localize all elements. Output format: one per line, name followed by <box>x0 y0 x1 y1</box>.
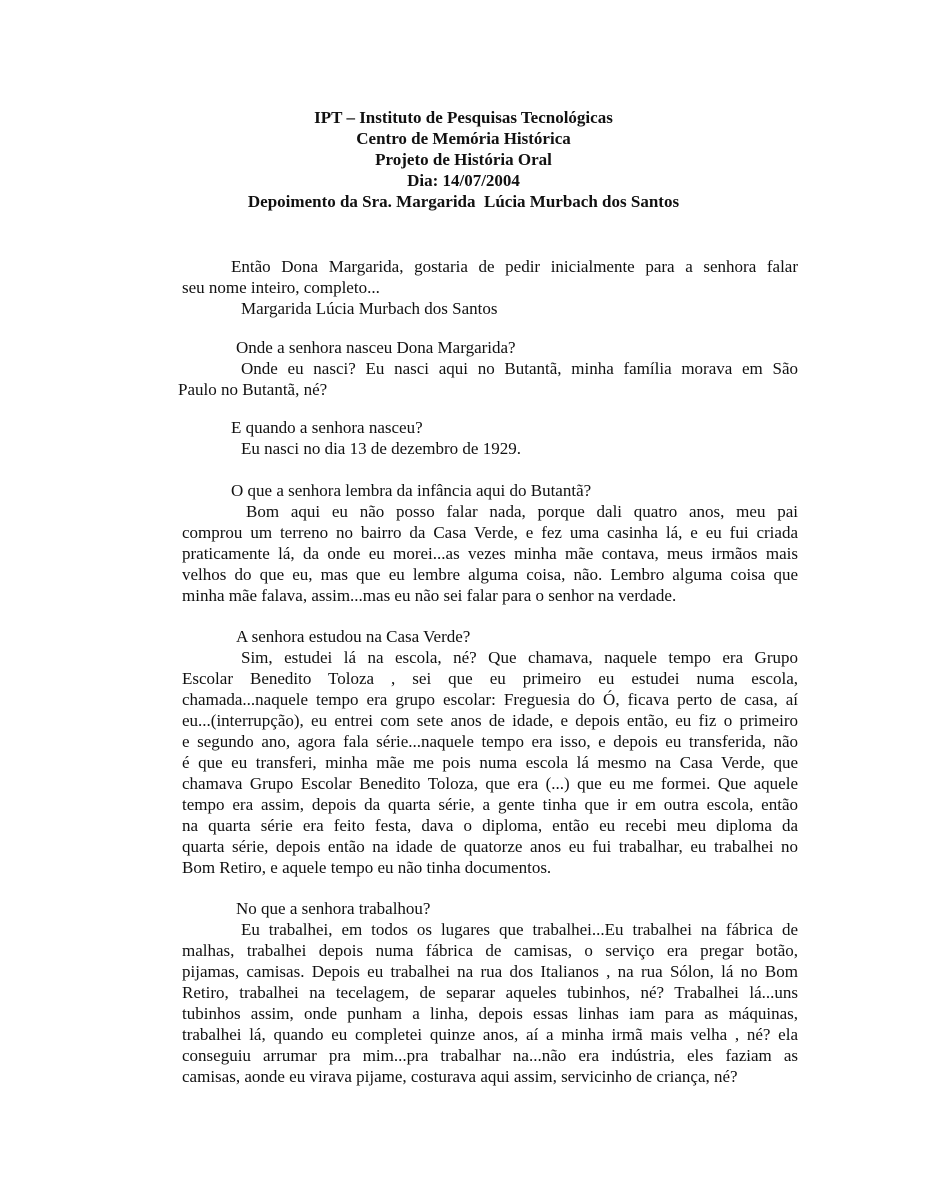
transcript-line: minha mãe falava, assim...mas eu não sei… <box>182 585 676 606</box>
transcript-line: Então Dona Margarida, gostaria de pedir … <box>231 256 798 277</box>
transcript-line: No que a senhora trabalhou? <box>236 898 430 919</box>
transcript-line: O que a senhora lembra da infância aqui … <box>231 480 591 501</box>
transcript-line: praticamente lá, da onde eu morei...as v… <box>182 543 798 564</box>
document-header: IPT – Instituto de Pesquisas Tecnológica… <box>0 107 927 212</box>
transcript-line: Eu trabalhei, em todos os lugares que tr… <box>241 919 798 940</box>
header-institution: IPT – Instituto de Pesquisas Tecnológica… <box>0 107 927 128</box>
transcript-line: Onde eu nasci? Eu nasci aqui no Butantã,… <box>241 358 798 379</box>
transcript-line: Eu nasci no dia 13 de dezembro de 1929. <box>241 438 521 459</box>
header-center: Centro de Memória Histórica <box>0 128 927 149</box>
transcript-line: tempo era assim, depois da quarta série,… <box>182 794 798 815</box>
header-project: Projeto de História Oral <box>0 149 927 170</box>
transcript-line: quarta série, depois então na idade de q… <box>182 836 798 857</box>
transcript-line: trabalhei lá, quando eu completei quinze… <box>182 1024 798 1045</box>
transcript-line: pijamas, camisas. Depois eu trabalhei na… <box>182 961 798 982</box>
transcript-line: comprou um terreno no bairro da Casa Ver… <box>182 522 798 543</box>
transcript-line: Escolar Benedito Toloza , sei que eu pri… <box>182 668 798 689</box>
transcript-line: Onde a senhora nasceu Dona Margarida? <box>236 337 516 358</box>
header-date: Dia: 14/07/2004 <box>0 170 927 191</box>
transcript-line: eu...(interrupção), eu entrei com sete a… <box>182 710 798 731</box>
transcript-line: A senhora estudou na Casa Verde? <box>236 626 470 647</box>
transcript-line: Sim, estudei lá na escola, né? Que chama… <box>241 647 798 668</box>
transcript-line: é que eu transferi, minha mãe me pois nu… <box>182 752 798 773</box>
transcript-line: malhas, trabalhei depois numa fábrica de… <box>182 940 798 961</box>
transcript-line: camisas, aonde eu virava pijame, costura… <box>182 1066 738 1087</box>
transcript-line: Bom aqui eu não posso falar nada, porque… <box>246 501 798 522</box>
transcript-line: Retiro, trabalhei na tecelagem, de separ… <box>182 982 798 1003</box>
transcript-line: chamada...naquele tempo era grupo escola… <box>182 689 798 710</box>
transcript-line: tubinhos assim, onde punham a linha, dep… <box>182 1003 798 1024</box>
header-interviewee: Depoimento da Sra. Margarida Lúcia Murba… <box>0 191 927 212</box>
transcript-line: e segundo ano, agora fala série...naquel… <box>182 731 798 752</box>
transcript-line: na quarta série era feito festa, dava o … <box>182 815 798 836</box>
transcript-line: chamava Grupo Escolar Benedito Toloza, q… <box>182 773 798 794</box>
transcript-line: conseguiu arrumar pra mim...pra trabalha… <box>182 1045 798 1066</box>
transcript-line: velhos do que eu, mas que eu lembre algu… <box>182 564 798 585</box>
transcript-line: seu nome inteiro, completo... <box>182 277 380 298</box>
transcript-line: Bom Retiro, e aquele tempo eu não tinha … <box>182 857 551 878</box>
transcript-line: Margarida Lúcia Murbach dos Santos <box>241 298 498 319</box>
transcript-line: Paulo no Butantã, né? <box>178 379 327 400</box>
transcript-line: E quando a senhora nasceu? <box>231 417 423 438</box>
